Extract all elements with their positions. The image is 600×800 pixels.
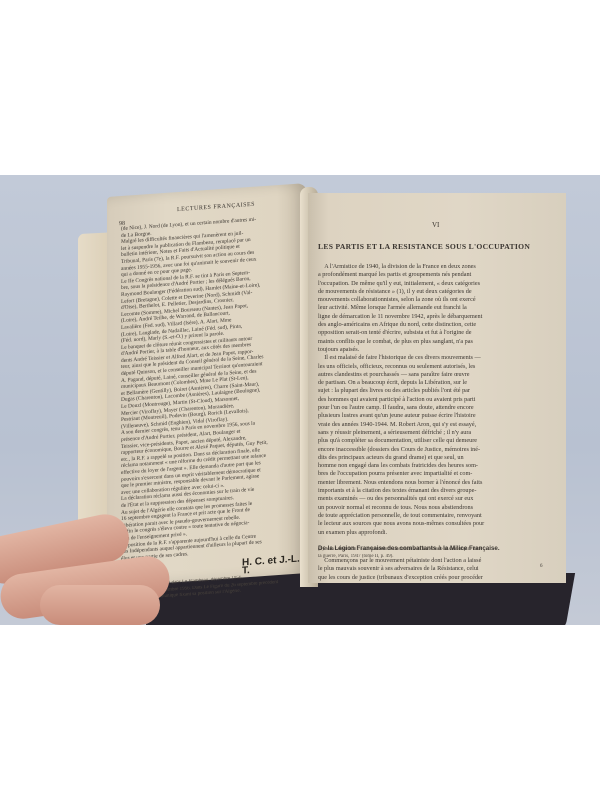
text-line: un examen plus approfondi.	[318, 529, 556, 537]
signature-mark: 6	[540, 563, 543, 571]
text-line: bres de l'occupation pourra présenter av…	[318, 470, 556, 478]
footnote-line: la guerre, Paris, 1947 (tome II, p. 49).	[318, 554, 556, 561]
running-header: LECTURES FRANÇAISES	[177, 201, 255, 215]
text-line: plus qu'à compléter sa documentation, ut…	[318, 437, 556, 445]
text-line: autres clandestins et pourchassés — sans…	[318, 371, 556, 379]
text-line: toujours apaisés.	[318, 346, 556, 354]
right-page: VI LES PARTIS ET LA RESISTANCE SOUS L'OC…	[308, 193, 566, 583]
paragraph: A l'Armistice de 1940, la division de la…	[318, 263, 556, 354]
finger	[40, 585, 160, 625]
text-line: opposition serait-on tenté d'écrire, sub…	[318, 329, 556, 337]
text-line: encore inaccessible (dossiers des Cours …	[318, 446, 556, 454]
text-line: ligne de démarcation le 11 novembre 1942…	[318, 313, 556, 321]
text-line: sujet : la plupart des livres ou des art…	[318, 387, 556, 395]
text-line: dits des principaux acteurs du grand dra…	[318, 454, 556, 462]
text-line: le plus mauvais souvenir à ses adversair…	[318, 565, 556, 573]
hand	[0, 515, 220, 625]
text-line: plusieurs lustres avant qu'un jeune aute…	[318, 412, 556, 420]
chapter-title: LES PARTIS ET LA RESISTANCE SOUS L'OCCUP…	[318, 243, 530, 251]
text-line: des anglo-américains en Afrique du nord,…	[318, 321, 556, 329]
footnotes: (1) Jean Gandilhon : « La Résistance int…	[318, 547, 556, 560]
text-line: pour l'un ou l'autre camp. Il faudra, sa…	[318, 404, 556, 412]
text-line: de toute appréciation personnelle, de to…	[318, 512, 556, 520]
text-line: vraie des années 1940-1944. M. Robert Ar…	[318, 421, 556, 429]
text-line: les uns officiels, officieux, reconnus o…	[318, 363, 556, 371]
right-page-body: A l'Armistice de 1940, la division de la…	[318, 263, 556, 582]
book-photo: LECTURES FRANÇAISES 98 (de Nice), J. Nor…	[0, 175, 600, 625]
text-line: l'occupation. De même qu'il y eut, initi…	[318, 280, 556, 288]
text-line: importants et à la citation des textes é…	[318, 487, 556, 495]
text-line: menter librement. Nous entendons nous bo…	[318, 479, 556, 487]
text-line: a profondément marqué les partis et grou…	[318, 271, 556, 279]
text-line: de mouvements de résistance » (1), il y …	[318, 288, 556, 296]
text-line: de partisan. On a beaucoup écrit, depuis…	[318, 379, 556, 387]
paragraph: Il est malaisé de faire l'historique de …	[318, 354, 556, 537]
text-line: leur activité. Même lorsque l'armée alle…	[318, 304, 556, 312]
text-line: un pouvoir normal et reconnu de tous. No…	[318, 504, 556, 512]
text-line: maints conflits que le combat, de plus e…	[318, 338, 556, 346]
text-line: A l'Armistice de 1940, la division de la…	[318, 263, 556, 271]
chapter-number: VI	[432, 221, 439, 229]
text-line: homme non engagé dans les combats fratri…	[318, 462, 556, 470]
text-line: mouvements collaborationnistes, selon la…	[318, 296, 556, 304]
text-line: Il est malaisé de faire l'historique de …	[318, 354, 556, 362]
text-line: que les cours de justice (tribunaux d'ex…	[318, 574, 556, 582]
text-line: le lecteur aux sources que nous avons no…	[318, 520, 556, 528]
text-line: sans y réussir pleinement, a sérieusemen…	[318, 429, 556, 437]
text-line: des hommes qui avaient participé à l'act…	[318, 396, 556, 404]
text-line: ments examinés — ou des personnalités qu…	[318, 495, 556, 503]
